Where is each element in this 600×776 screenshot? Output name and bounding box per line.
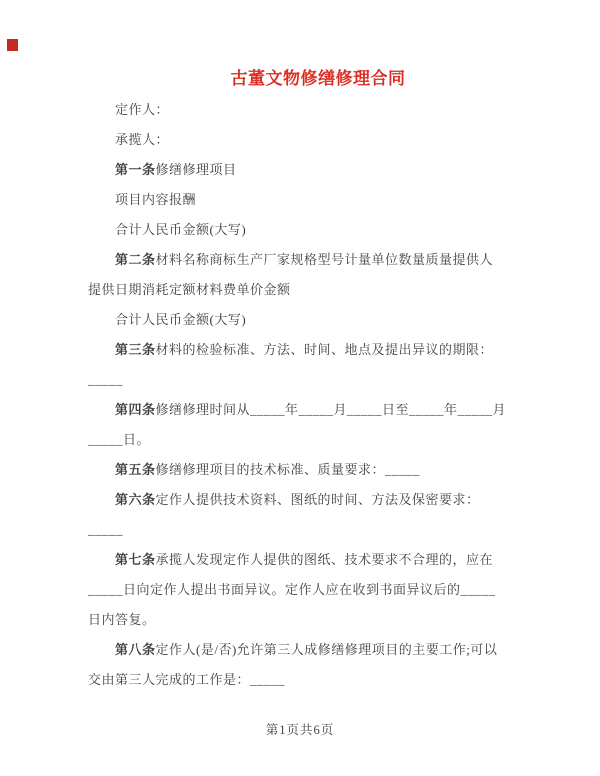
page-number: 第1页共6页 xyxy=(0,720,600,738)
line-text: 定作人： xyxy=(115,102,169,117)
text-line: 项目内容报酬 xyxy=(88,185,568,215)
clause-number: 第三条 xyxy=(115,342,156,357)
clause-line: 第八条定作人(是/否)允许第三人成修缮修理项目的主要工作;可以 xyxy=(88,635,568,665)
clause-number: 第八条 xyxy=(115,642,156,657)
clause-line: 第五条修缮修理项目的技术标准、质量要求：_____ xyxy=(88,455,568,485)
clause-number: 第二条 xyxy=(115,252,156,267)
line-text: 日内答复。 xyxy=(88,612,156,627)
line-text: 材料名称商标生产厂家规格型号计量单位数量质量提供人 xyxy=(156,252,494,267)
text-line: _____ xyxy=(88,515,568,545)
line-text: 提供日期消耗定额材料费单价金额 xyxy=(88,282,291,297)
text-line: _____日。 xyxy=(88,425,568,455)
line-text: _____ xyxy=(88,372,123,387)
line-text: 材料的检验标准、方法、时间、地点及提出异议的期限： xyxy=(156,342,494,357)
text-line: 提供日期消耗定额材料费单价金额 xyxy=(88,275,568,305)
text-line: 交由第三人完成的工作是：_____ xyxy=(88,665,568,695)
clause-line: 第二条材料名称商标生产厂家规格型号计量单位数量质量提供人 xyxy=(88,245,568,275)
red-corner-marker xyxy=(7,39,18,51)
line-text: _____ xyxy=(88,522,123,537)
text-line: 合计人民币金额(大写) xyxy=(88,305,568,335)
clause-number: 第一条 xyxy=(115,162,156,177)
text-line: 承揽人： xyxy=(88,125,568,155)
line-text: 定作人(是/否)允许第三人成修缮修理项目的主要工作;可以 xyxy=(156,642,498,657)
line-text: _____日。 xyxy=(88,432,150,447)
line-text: 交由第三人完成的工作是：_____ xyxy=(88,672,285,687)
clause-line: 第三条材料的检验标准、方法、时间、地点及提出异议的期限： xyxy=(88,335,568,365)
clause-line: 第六条定作人提供技术资料、图纸的时间、方法及保密要求： xyxy=(88,485,568,515)
line-text: 合计人民币金额(大写) xyxy=(115,312,246,327)
clause-number: 第六条 xyxy=(115,492,156,507)
clause-line: 第四条修缮修理时间从_____年_____月_____日至_____年_____… xyxy=(88,395,568,425)
text-line: 日内答复。 xyxy=(88,605,568,635)
text-line: _____日向定作人提出书面异议。定作人应在收到书面异议后的_____ xyxy=(88,575,568,605)
document-title: 古董文物修缮修理合同 xyxy=(36,64,600,89)
clause-line: 第一条修缮修理项目 xyxy=(88,155,568,185)
clause-number: 第四条 xyxy=(115,402,156,417)
line-text: 承揽人： xyxy=(115,132,169,147)
clause-line: 第七条承揽人发现定作人提供的图纸、技术要求不合理的，应在 xyxy=(88,545,568,575)
document-page: 古董文物修缮修理合同 定作人：承揽人：第一条修缮修理项目项目内容报酬合计人民币金… xyxy=(0,0,600,776)
line-text: 合计人民币金额(大写) xyxy=(115,222,246,237)
text-line: _____ xyxy=(88,365,568,395)
line-text: 承揽人发现定作人提供的图纸、技术要求不合理的，应在 xyxy=(156,552,494,567)
line-text: 修缮修理项目的技术标准、质量要求：_____ xyxy=(156,462,421,477)
document-body: 定作人：承揽人：第一条修缮修理项目项目内容报酬合计人民币金额(大写)第二条材料名… xyxy=(88,95,568,695)
line-text: 修缮修理时间从_____年_____月_____日至_____年_____月 xyxy=(156,402,507,417)
clause-number: 第七条 xyxy=(115,552,156,567)
line-text: 定作人提供技术资料、图纸的时间、方法及保密要求： xyxy=(156,492,480,507)
clause-number: 第五条 xyxy=(115,462,156,477)
line-text: 修缮修理项目 xyxy=(156,162,237,177)
line-text: 项目内容报酬 xyxy=(115,192,196,207)
text-line: 合计人民币金额(大写) xyxy=(88,215,568,245)
text-line: 定作人： xyxy=(88,95,568,125)
line-text: _____日向定作人提出书面异议。定作人应在收到书面异议后的_____ xyxy=(88,582,496,597)
